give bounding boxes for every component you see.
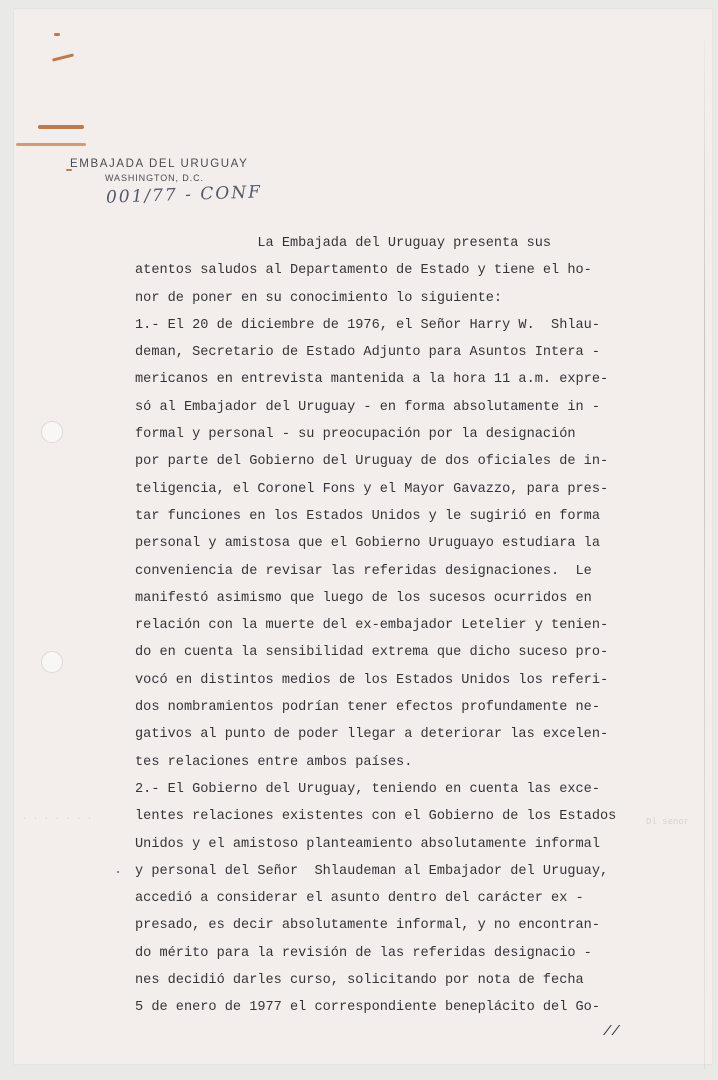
body-line: formal y personal - su preocupación por … — [135, 421, 635, 448]
body-line: do en cuenta la sensibilidad extrema que… — [135, 639, 635, 666]
body-line: 1.- El 20 de diciembre de 1976, el Señor… — [135, 312, 635, 339]
body-line: mericanos en entrevista mantenida a la h… — [135, 366, 635, 393]
body-line: vocó en distintos medios de los Estados … — [135, 667, 635, 694]
stray-mark — [117, 871, 119, 873]
body-line: y personal del Señor Shlaudeman al Embaj… — [135, 858, 635, 885]
handwritten-reference-number: 001/77 - CONF — [106, 182, 263, 207]
body-line: presado, es decir absolutamente informal… — [135, 912, 635, 939]
body-line: accedió a considerar el asunto dentro de… — [135, 885, 635, 912]
letterhead-title: EMBAJADA DEL URUGUAY — [70, 158, 248, 170]
body-line: manifestó asimismo que luego de los suce… — [135, 585, 635, 612]
body-line: 5 de enero de 1977 el correspondiente be… — [135, 994, 635, 1021]
bleed-through-right: Dl senor — [646, 817, 689, 827]
letterhead: EMBAJADA DEL URUGUAY WASHINGTON, D.C. — [70, 158, 248, 183]
body-line: gativos al punto de poder llegar a deter… — [135, 721, 635, 748]
rust-stain — [16, 143, 86, 146]
document-page: EMBAJADA DEL URUGUAY WASHINGTON, D.C. 00… — [14, 9, 712, 1064]
body-line: relación con la muerte del ex-embajador … — [135, 612, 635, 639]
body-line: tar funciones en los Estados Unidos y le… — [135, 503, 635, 530]
body-line: teligencia, el Coronel Fons y el Mayor G… — [135, 476, 635, 503]
body-line: tes relaciones entre ambos países. — [135, 749, 635, 776]
rust-stain — [52, 53, 74, 61]
letter-body: La Embajada del Uruguay presenta sus ate… — [135, 230, 635, 1022]
body-line: conveniencia de revisar las referidas de… — [135, 558, 635, 585]
body-line: Unidos y el amistoso planteamiento absol… — [135, 831, 635, 858]
body-line: La Embajada del Uruguay presenta sus — [135, 230, 635, 257]
body-line: atentos saludos al Departamento de Estad… — [135, 257, 635, 284]
body-line: deman, Secretario de Estado Adjunto para… — [135, 339, 635, 366]
rust-stain — [38, 125, 84, 129]
punch-hole-upper — [41, 421, 63, 443]
punch-hole-lower — [41, 651, 63, 673]
bleed-through-left: · · · · · · · — [22, 814, 92, 824]
body-line: do mérito para la revisión de las referi… — [135, 940, 635, 967]
body-line: 2.- El Gobierno del Uruguay, teniendo en… — [135, 776, 635, 803]
body-line: nor de poner en su conocimiento lo sigui… — [135, 285, 635, 312]
body-line: personal y amistosa que el Gobierno Urug… — [135, 530, 635, 557]
letterhead-city: WASHINGTON, D.C. — [105, 173, 248, 183]
body-line: só al Embajador del Uruguay - en forma a… — [135, 394, 635, 421]
body-line: dos nombramientos podrían tener efectos … — [135, 694, 635, 721]
body-line: por parte del Gobierno del Uruguay de do… — [135, 448, 635, 475]
continuation-mark: // — [603, 1024, 620, 1040]
rust-stain — [54, 33, 60, 36]
body-line: nes decidió darles curso, solicitando po… — [135, 967, 635, 994]
page-edge-line — [704, 39, 705, 1069]
body-line: lentes relaciones existentes con el Gobi… — [135, 803, 635, 830]
